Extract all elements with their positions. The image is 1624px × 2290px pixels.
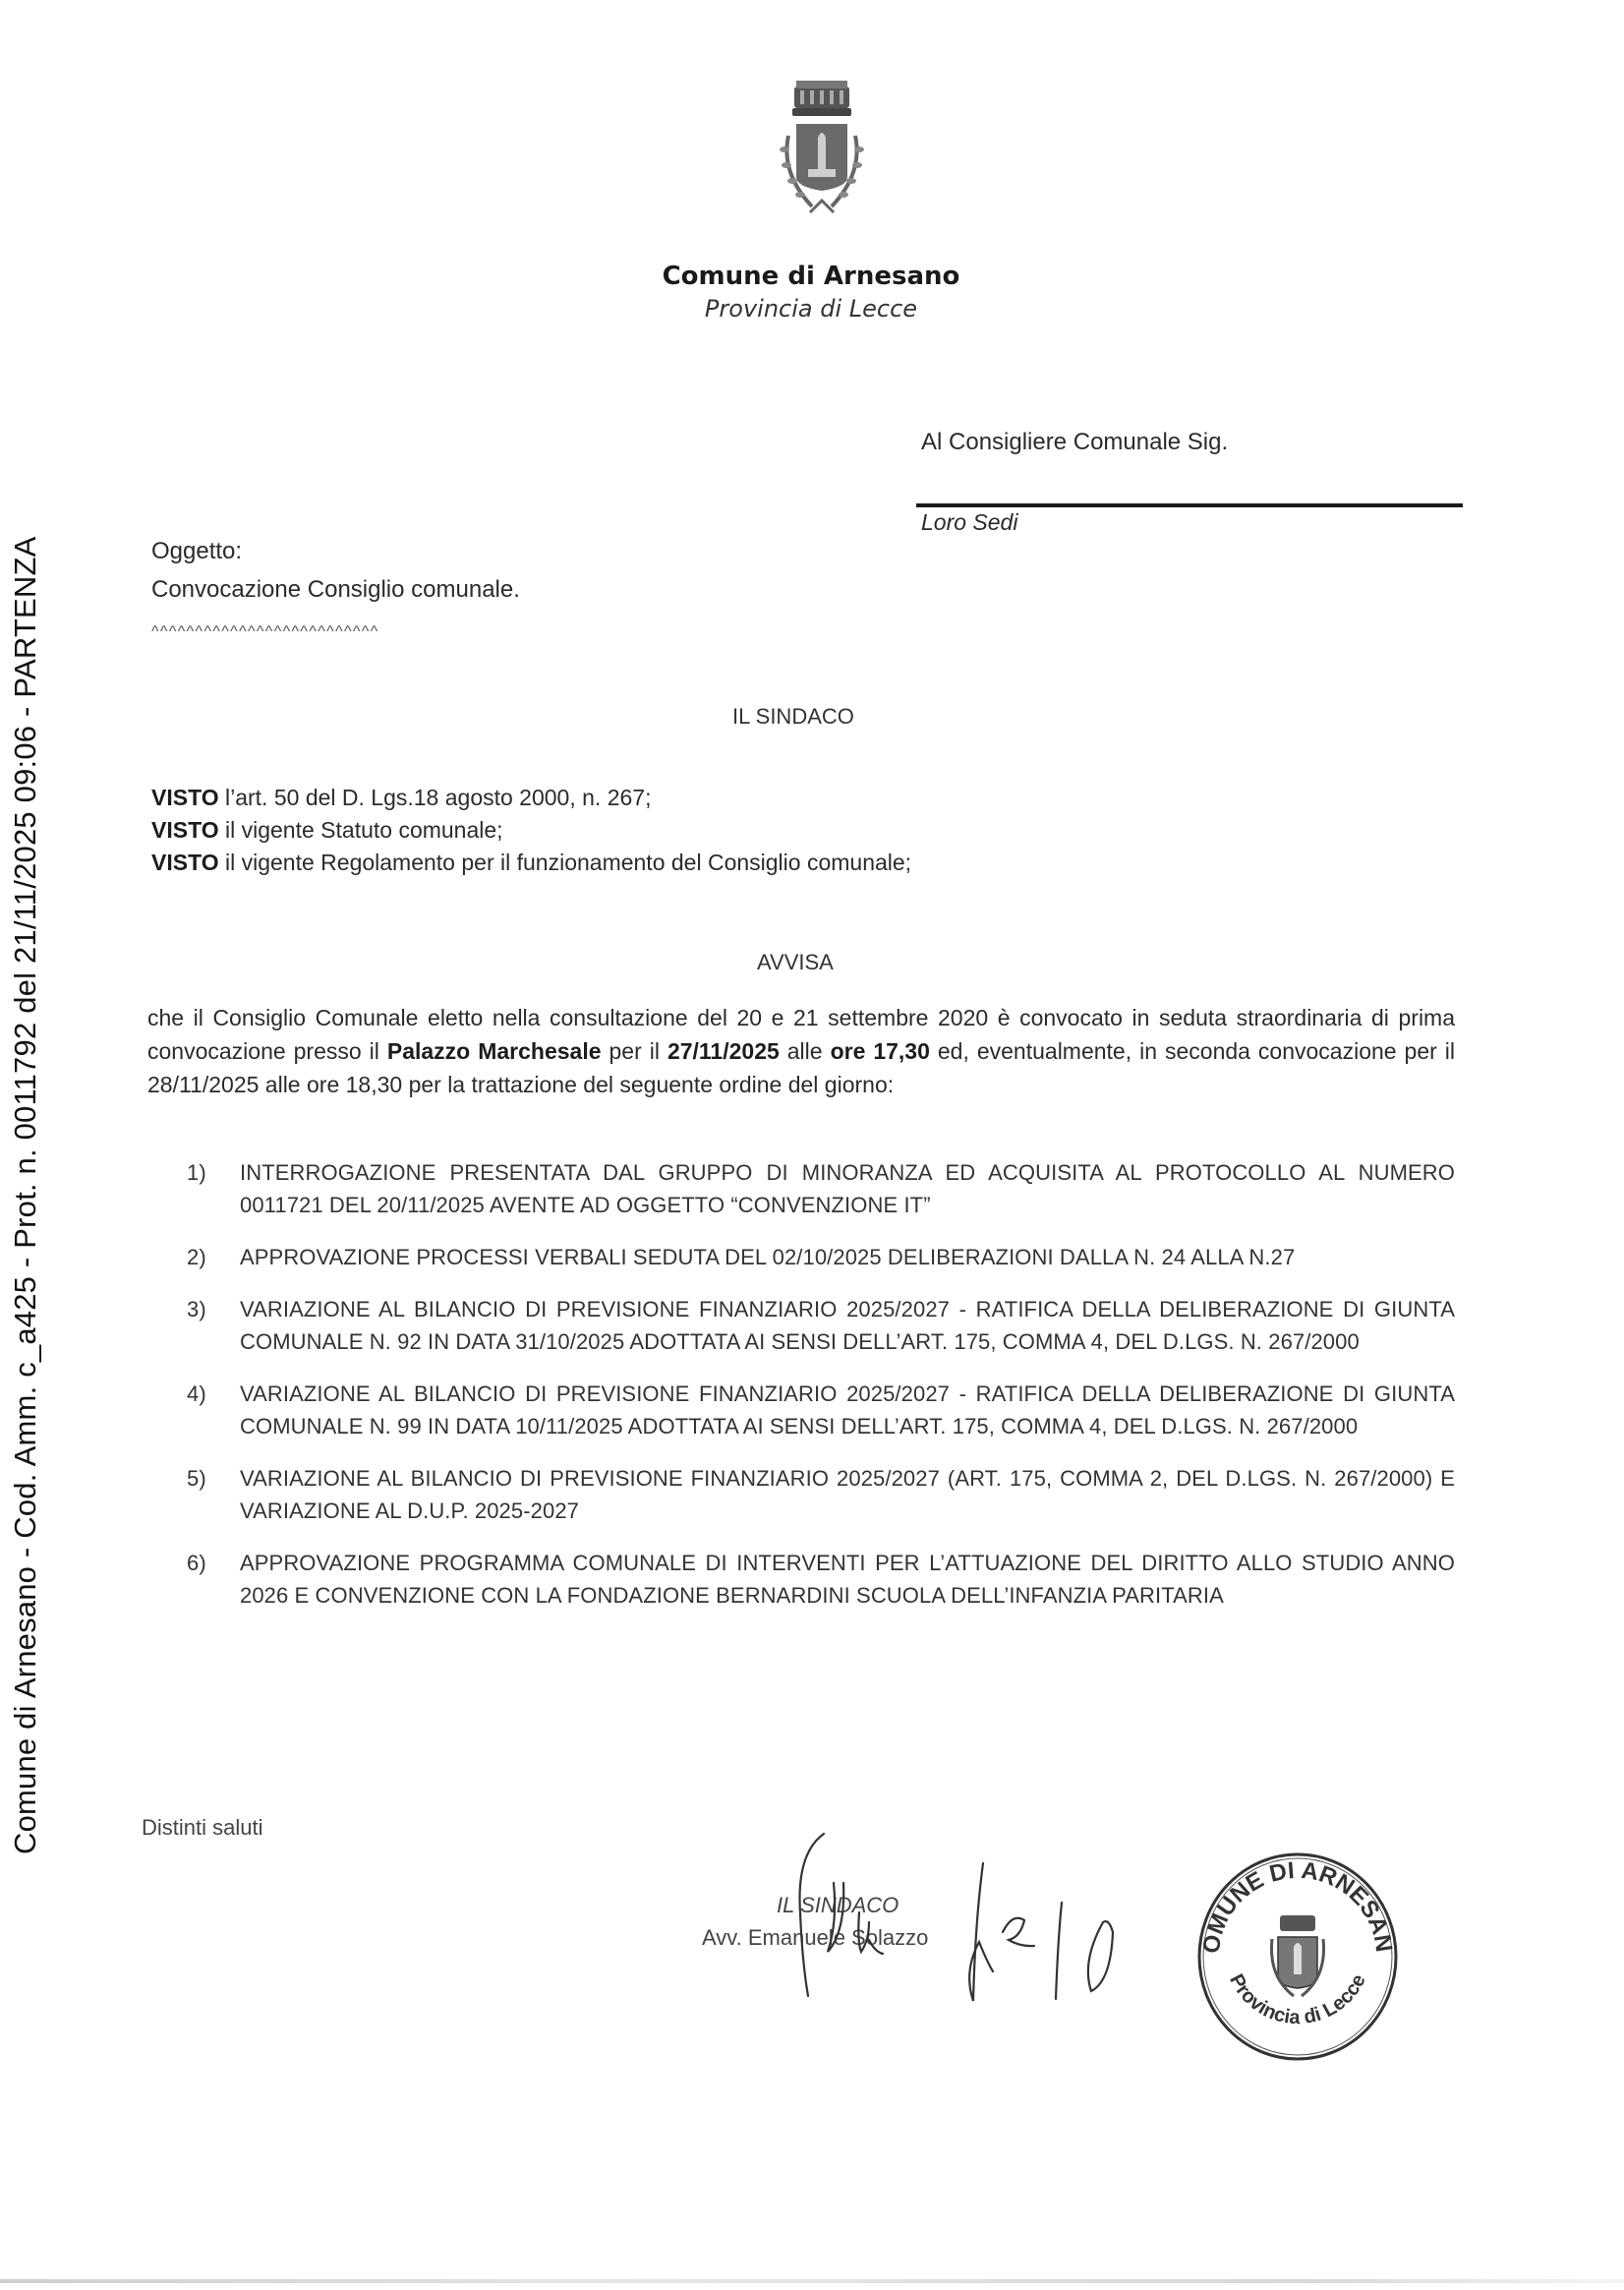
subject-text: Convocazione Consiglio comunale. bbox=[151, 576, 520, 604]
agenda-item: 1)INTERROGAZIONE PRESENTATA DAL GRUPPO D… bbox=[187, 1156, 1455, 1221]
subject-separator: ^^^^^^^^^^^^^^^^^^^^^^^^^^ bbox=[151, 623, 379, 641]
protocol-stamp: Comune di Arnesano - Cod. Amm. c_a425 - … bbox=[8, 439, 47, 1854]
organization-province: Provincia di Lecce bbox=[551, 295, 1072, 323]
notice-paragraph: che il Consiglio Comunale eletto nella c… bbox=[147, 1001, 1455, 1101]
coat-of-arms-icon bbox=[763, 75, 881, 224]
page-edge bbox=[0, 2279, 1624, 2283]
closing-text: Distinti saluti bbox=[142, 1815, 262, 1841]
visto-line: VISTO l’art. 50 del D. Lgs.18 agosto 200… bbox=[151, 785, 1469, 811]
agenda-list: 1)INTERROGAZIONE PRESENTATA DAL GRUPPO D… bbox=[187, 1156, 1455, 1631]
subject-label: Oggetto: bbox=[151, 538, 242, 565]
handwritten-signature-icon bbox=[767, 1824, 1160, 2011]
heading-sindaco: IL SINDACO bbox=[732, 704, 854, 730]
recipient-underline bbox=[916, 503, 1463, 507]
visto-line: VISTO il vigente Statuto comunale; bbox=[151, 817, 1469, 844]
agenda-item: 4)VARIAZIONE AL BILANCIO DI PREVISIONE F… bbox=[187, 1378, 1455, 1442]
visto-line: VISTO il vigente Regolamento per il funz… bbox=[151, 850, 1469, 876]
recipient-subline: Loro Sedi bbox=[921, 509, 1017, 536]
agenda-item: 3)VARIAZIONE AL BILANCIO DI PREVISIONE F… bbox=[187, 1293, 1455, 1358]
agenda-item: 2)APPROVAZIONE PROCESSI VERBALI SEDUTA D… bbox=[187, 1241, 1455, 1273]
agenda-item: 5)VARIAZIONE AL BILANCIO DI PREVISIONE F… bbox=[187, 1462, 1455, 1527]
municipal-seal-icon: COMUNE DI ARNESANO Provincia di Lecce bbox=[1189, 1849, 1406, 2065]
organization-name: Comune di Arnesano bbox=[551, 262, 1072, 291]
agenda-item: 6)APPROVAZIONE PROGRAMMA COMUNALE DI INT… bbox=[187, 1547, 1455, 1612]
recipient-line: Al Consigliere Comunale Sig. bbox=[921, 429, 1228, 456]
heading-avvisa: AVVISA bbox=[757, 950, 834, 975]
